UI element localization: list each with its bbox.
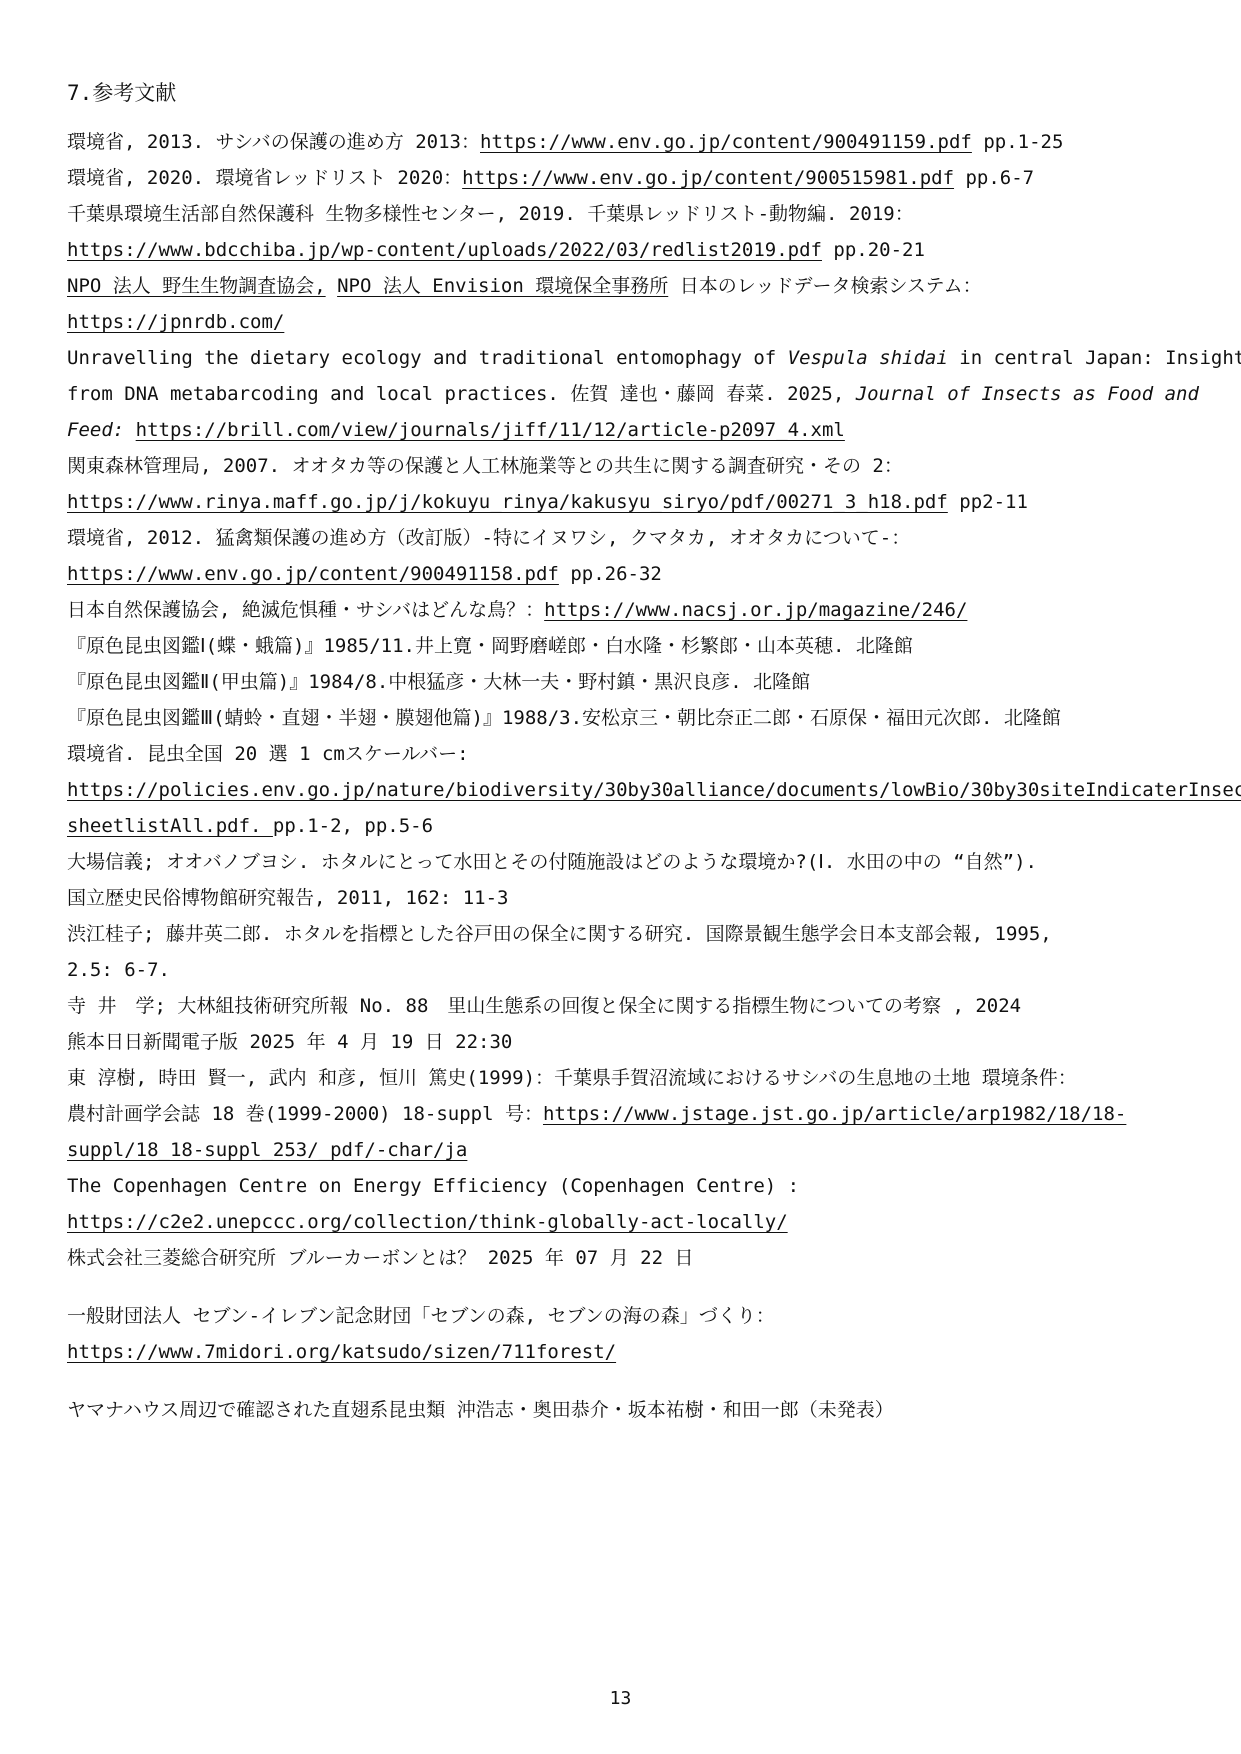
reference-line: https://policies.env.go.jp/nature/biodiv… — [67, 772, 1187, 808]
reference-line: 渋江桂子; 藤井英二郎. ホタルを指標とした谷戸田の保全に関する研究. 国際景観… — [67, 916, 1187, 952]
reference-text: 一般財団法人 セブン-イレブン記念財団「セブンの森, セブンの海の森」づくり： — [67, 1305, 775, 1327]
reference-text: The Copenhagen Centre on Energy Efficien… — [67, 1175, 799, 1197]
reference-line: 株式会社三菱総合研究所 ブルーカーボンとは？ 2025 年 07 月 22 日 — [67, 1240, 1187, 1276]
reference-text: 株式会社三菱総合研究所 ブルーカーボンとは？ 2025 年 07 月 22 日 — [67, 1247, 693, 1269]
reference-text: 千葉県環境生活部自然保護科 生物多様性センター, 2019. 千葉県レッドリスト… — [67, 203, 914, 225]
reference-italic-text: Feed: — [67, 419, 124, 441]
reference-line: 『原色昆虫図鑑Ⅲ(蜻蛉・直翅・半翅・膜翅他篇)』1988/3.安松京三・朝比奈正… — [67, 700, 1187, 736]
reference-link[interactable]: https://jpnrdb.com/ — [67, 311, 284, 333]
reference-text — [326, 275, 337, 297]
blank-line — [67, 1370, 1187, 1392]
reference-text: 環境省, 2012. 猛禽類保護の進め方（改訂版）-特にイヌワシ, クマタカ, … — [67, 527, 910, 549]
reference-text: from DNA metabarcoding and local practic… — [67, 383, 856, 405]
reference-text: pp.26-32 — [559, 563, 662, 585]
reference-text: 『原色昆虫図鑑Ⅱ(甲虫篇)』1984/8.中根猛彦・大林一夫・野村鎮・黒沢良彦.… — [67, 671, 810, 693]
reference-text: in central Japan: Insights — [948, 347, 1241, 369]
reference-line: 『原色昆虫図鑑Ⅱ(甲虫篇)』1984/8.中根猛彦・大林一夫・野村鎮・黒沢良彦.… — [67, 664, 1187, 700]
reference-link[interactable]: https://c2e2.unepccc.org/collection/thin… — [67, 1211, 788, 1233]
reference-text: pp.1-2, pp.5-6 — [273, 815, 433, 837]
reference-line: 大場信義; オオバノブヨシ. ホタルにとって水田とその付随施設はどのような環境か… — [67, 844, 1187, 880]
reference-line: 環境省, 2020. 環境省レッドリスト 2020：https://www.en… — [67, 160, 1187, 196]
reference-line: 寺 井 学; 大林組技術研究所報 No. 88 里山生態系の回復と保全に関する指… — [67, 988, 1187, 1024]
reference-line: 2.5: 6-7. — [67, 952, 1187, 988]
reference-line: from DNA metabarcoding and local practic… — [67, 376, 1187, 412]
reference-text: 国立歴史民俗博物館研究報告, 2011, 162: 11-3 — [67, 887, 508, 909]
reference-line: https://jpnrdb.com/ — [67, 304, 1187, 340]
reference-line: https://www.bdcchiba.jp/wp-content/uploa… — [67, 232, 1187, 268]
reference-line: 国立歴史民俗博物館研究報告, 2011, 162: 11-3 — [67, 880, 1187, 916]
reference-text: Unravelling the dietary ecology and trad… — [67, 347, 788, 369]
reference-text: pp2-11 — [948, 491, 1028, 513]
reference-line: ヤマナハウス周辺で確認された直翅系昆虫類 沖浩志・奥田恭介・坂本祐樹・和田一郎（… — [67, 1392, 1187, 1428]
reference-link[interactable]: https://brill.com/view/journals/jiff/11/… — [136, 419, 845, 441]
reference-line: 農村計画学会誌 18 巻(1999-2000) 18-suppl 号：https… — [67, 1096, 1187, 1132]
reference-link[interactable]: suppl/18_18-suppl_253/_pdf/-char/ja — [67, 1139, 467, 1161]
reference-text — [124, 419, 135, 441]
reference-text: 農村計画学会誌 18 巻(1999-2000) 18-suppl 号： — [67, 1103, 543, 1125]
reference-link[interactable]: https://www.rinya.maff.go.jp/j/kokuyu_ri… — [67, 491, 948, 513]
reference-text: 関東森林管理局, 2007. オオタカ等の保護と人工林施業等との共生に関する調査… — [67, 455, 903, 477]
reference-link[interactable]: sheetlistAll.pdf. — [67, 815, 273, 837]
reference-line: 関東森林管理局, 2007. オオタカ等の保護と人工林施業等との共生に関する調査… — [67, 448, 1187, 484]
reference-text: pp.20-21 — [822, 239, 925, 261]
reference-link[interactable]: https://www.nacsj.or.jp/magazine/246/ — [544, 599, 967, 621]
reference-link[interactable]: https://www.env.go.jp/content/900515981.… — [462, 167, 954, 189]
reference-line: 環境省, 2012. 猛禽類保護の進め方（改訂版）-特にイヌワシ, クマタカ, … — [67, 520, 1187, 556]
reference-text: 2.5: 6-7. — [67, 959, 170, 981]
reference-text: 大場信義; オオバノブヨシ. ホタルにとって水田とその付随施設はどのような環境か… — [67, 851, 1037, 873]
reference-italic-text: Vespula shidai — [788, 347, 948, 369]
reference-italic-text: Journal of Insects as Food and — [856, 383, 1199, 405]
reference-line: 東 淳樹, 時田 賢一, 武内 和彦, 恒川 篤史(1999)：千葉県手賀沼流域… — [67, 1060, 1187, 1096]
blank-line — [67, 1276, 1187, 1298]
reference-text: 『原色昆虫図鑑Ⅰ(蝶・蛾篇)』1985/11.井上寛・岡野磨嵯郎・白水隆・杉繁郎… — [67, 635, 913, 657]
reference-text: pp.6-7 — [954, 167, 1034, 189]
reference-text: 熊本日日新聞電子版 2025 年 4 月 19 日 22:30 — [67, 1031, 512, 1053]
reference-line: suppl/18_18-suppl_253/_pdf/-char/ja — [67, 1132, 1187, 1168]
reference-text: pp.1-25 — [972, 131, 1064, 153]
reference-line: NPO 法人 野生生物調査協会, NPO 法人 Envision 環境保全事務所… — [67, 268, 1187, 304]
reference-line: 環境省, 2013. サシバの保護の進め方 2013：https://www.e… — [67, 124, 1187, 160]
reference-link[interactable]: https://www.7midori.org/katsudo/sizen/71… — [67, 1341, 616, 1363]
reference-line: 千葉県環境生活部自然保護科 生物多様性センター, 2019. 千葉県レッドリスト… — [67, 196, 1187, 232]
reference-line: 熊本日日新聞電子版 2025 年 4 月 19 日 22:30 — [67, 1024, 1187, 1060]
reference-text: 環境省. 昆虫全国 20 選 1 cmスケールバー: — [67, 743, 469, 765]
references-section: 7.参考文献 環境省, 2013. サシバの保護の進め方 2013：https:… — [67, 80, 1187, 1428]
reference-link[interactable]: https://www.env.go.jp/content/900491159.… — [480, 131, 972, 153]
reference-line: sheetlistAll.pdf. pp.1-2, pp.5-6 — [67, 808, 1187, 844]
reference-line: https://www.env.go.jp/content/900491158.… — [67, 556, 1187, 592]
reference-text: 日本のレッドデータ検索システム： — [668, 275, 981, 297]
reference-link[interactable]: NPO 法人 Envision 環境保全事務所 — [337, 275, 668, 297]
reference-text: 環境省, 2020. 環境省レッドリスト 2020： — [67, 167, 462, 189]
reference-line: Feed: https://brill.com/view/journals/ji… — [67, 412, 1187, 448]
reference-link[interactable]: https://www.jstage.jst.go.jp/article/arp… — [543, 1103, 1126, 1125]
reference-line: The Copenhagen Centre on Energy Efficien… — [67, 1168, 1187, 1204]
reference-link[interactable]: https://www.bdcchiba.jp/wp-content/uploa… — [67, 239, 822, 261]
reference-line: 日本自然保護協会, 絶滅危惧種・サシバはどんな鳥？：https://www.na… — [67, 592, 1187, 628]
reference-line: https://www.7midori.org/katsudo/sizen/71… — [67, 1334, 1187, 1370]
reference-line: https://www.rinya.maff.go.jp/j/kokuyu_ri… — [67, 484, 1187, 520]
reference-link[interactable]: https://policies.env.go.jp/nature/biodiv… — [67, 779, 1241, 801]
reference-text: 環境省, 2013. サシバの保護の進め方 2013： — [67, 131, 480, 153]
section-title: 7.参考文献 — [67, 80, 1187, 124]
reference-text: 『原色昆虫図鑑Ⅲ(蜻蛉・直翅・半翅・膜翅他篇)』1988/3.安松京三・朝比奈正… — [67, 707, 1061, 729]
document-page: 7.参考文献 環境省, 2013. サシバの保護の進め方 2013：https:… — [0, 0, 1241, 1754]
reference-text: 東 淳樹, 時田 賢一, 武内 和彦, 恒川 篤史(1999)：千葉県手賀沼流域… — [67, 1067, 1077, 1089]
page-number: 13 — [0, 1688, 1241, 1710]
reference-line: 『原色昆虫図鑑Ⅰ(蝶・蛾篇)』1985/11.井上寛・岡野磨嵯郎・白水隆・杉繁郎… — [67, 628, 1187, 664]
reference-line: https://c2e2.unepccc.org/collection/thin… — [67, 1204, 1187, 1240]
reference-text: 日本自然保護協会, 絶滅危惧種・サシバはどんな鳥？： — [67, 599, 544, 621]
reference-line: 環境省. 昆虫全国 20 選 1 cmスケールバー: — [67, 736, 1187, 772]
reference-text: ヤマナハウス周辺で確認された直翅系昆虫類 沖浩志・奥田恭介・坂本祐樹・和田一郎（… — [67, 1399, 894, 1421]
reference-link[interactable]: NPO 法人 野生生物調査協会, — [67, 275, 326, 297]
reference-line: 一般財団法人 セブン-イレブン記念財団「セブンの森, セブンの海の森」づくり： — [67, 1298, 1187, 1334]
reference-link[interactable]: https://www.env.go.jp/content/900491158.… — [67, 563, 559, 585]
reference-text: 渋江桂子; 藤井英二郎. ホタルを指標とした谷戸田の保全に関する研究. 国際景観… — [67, 923, 1052, 945]
reference-line: Unravelling the dietary ecology and trad… — [67, 340, 1187, 376]
references-list: 環境省, 2013. サシバの保護の進め方 2013：https://www.e… — [67, 124, 1187, 1428]
reference-text: 寺 井 学; 大林組技術研究所報 No. 88 里山生態系の回復と保全に関する指… — [67, 995, 1021, 1017]
